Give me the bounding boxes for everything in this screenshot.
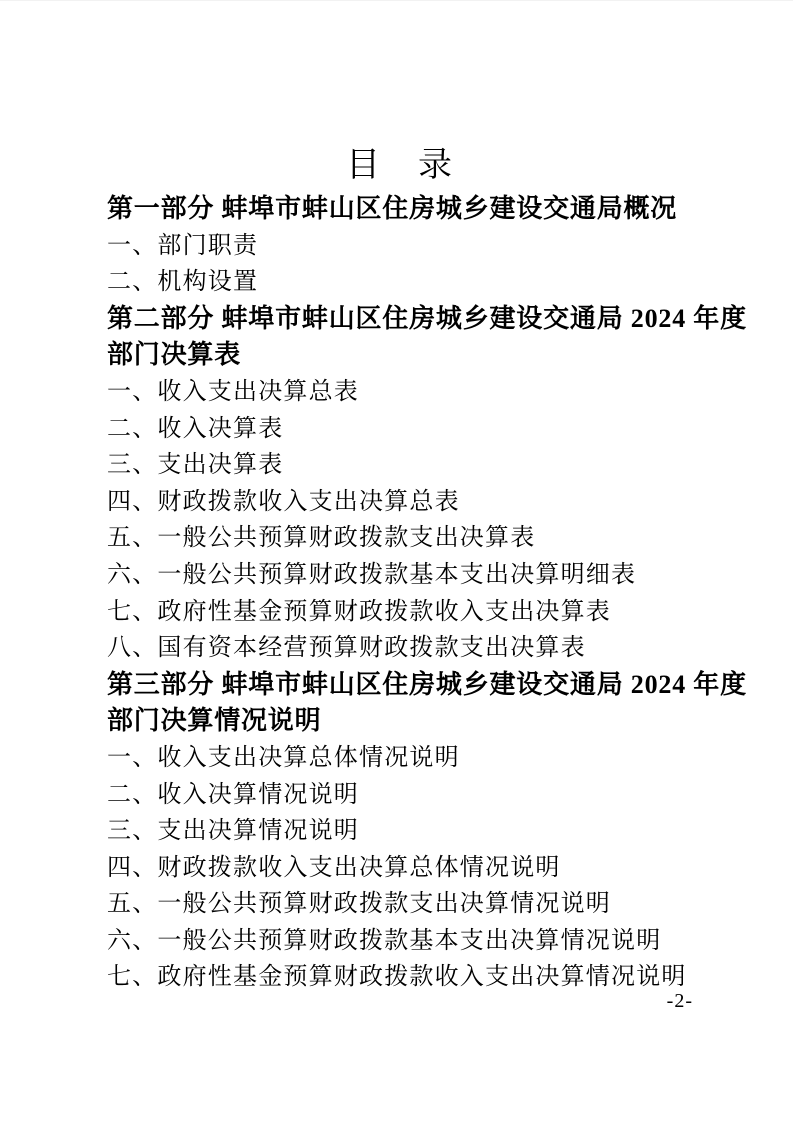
toc-item-expense-table: 三、支出决算表 <box>107 447 693 484</box>
page-title: 目 录 <box>107 141 693 191</box>
section-2-heading-line-2: 部门决算表 <box>107 337 693 374</box>
section-1-heading: 第一部分 蚌埠市蚌山区住房城乡建设交通局概况 <box>107 191 693 228</box>
toc-item-state-capital-budget-table: 八、国有资本经营预算财政拨款支出决算表 <box>107 630 693 667</box>
section-3-heading-line-2: 部门决算情况说明 <box>107 703 693 740</box>
section-3-heading-line-1: 第三部分 蚌埠市蚌山区住房城乡建设交通局 2024 年度 <box>107 667 693 704</box>
toc-item-income-table: 二、收入决算表 <box>107 411 693 448</box>
toc-item-general-budget-basic-expense-note: 六、一般公共预算财政拨款基本支出决算情况说明 <box>107 923 693 960</box>
toc-item-expense-note: 三、支出决算情况说明 <box>107 813 693 850</box>
page-number: -2- <box>667 989 693 1013</box>
toc-item-general-budget-basic-expense-detail-table: 六、一般公共预算财政拨款基本支出决算明细表 <box>107 557 693 594</box>
toc-item-gov-fund-budget-table: 七、政府性基金预算财政拨款收入支出决算表 <box>107 594 693 631</box>
toc-item-general-budget-expense-note: 五、一般公共预算财政拨款支出决算情况说明 <box>107 886 693 923</box>
toc-item-fiscal-appropriation-summary-table: 四、财政拨款收入支出决算总表 <box>107 484 693 521</box>
toc-item-fiscal-appropriation-overall-note: 四、财政拨款收入支出决算总体情况说明 <box>107 850 693 887</box>
toc-item-income-note: 二、收入决算情况说明 <box>107 777 693 814</box>
toc-item-income-expense-summary-table: 一、收入支出决算总表 <box>107 374 693 411</box>
toc-item-gov-fund-budget-note: 七、政府性基金预算财政拨款收入支出决算情况说明 <box>107 959 693 996</box>
toc-item-org-setup: 二、机构设置 <box>107 264 693 301</box>
section-2-heading-line-1: 第二部分 蚌埠市蚌山区住房城乡建设交通局 2024 年度 <box>107 301 693 338</box>
toc-content: 目 录 第一部分 蚌埠市蚌山区住房城乡建设交通局概况 一、部门职责 二、机构设置… <box>107 141 693 996</box>
document-page: 目 录 第一部分 蚌埠市蚌山区住房城乡建设交通局概况 一、部门职责 二、机构设置… <box>0 0 793 1122</box>
toc-item-dept-duties: 一、部门职责 <box>107 228 693 265</box>
toc-item-income-expense-overall-note: 一、收入支出决算总体情况说明 <box>107 740 693 777</box>
toc-item-general-budget-expense-table: 五、一般公共预算财政拨款支出决算表 <box>107 520 693 557</box>
